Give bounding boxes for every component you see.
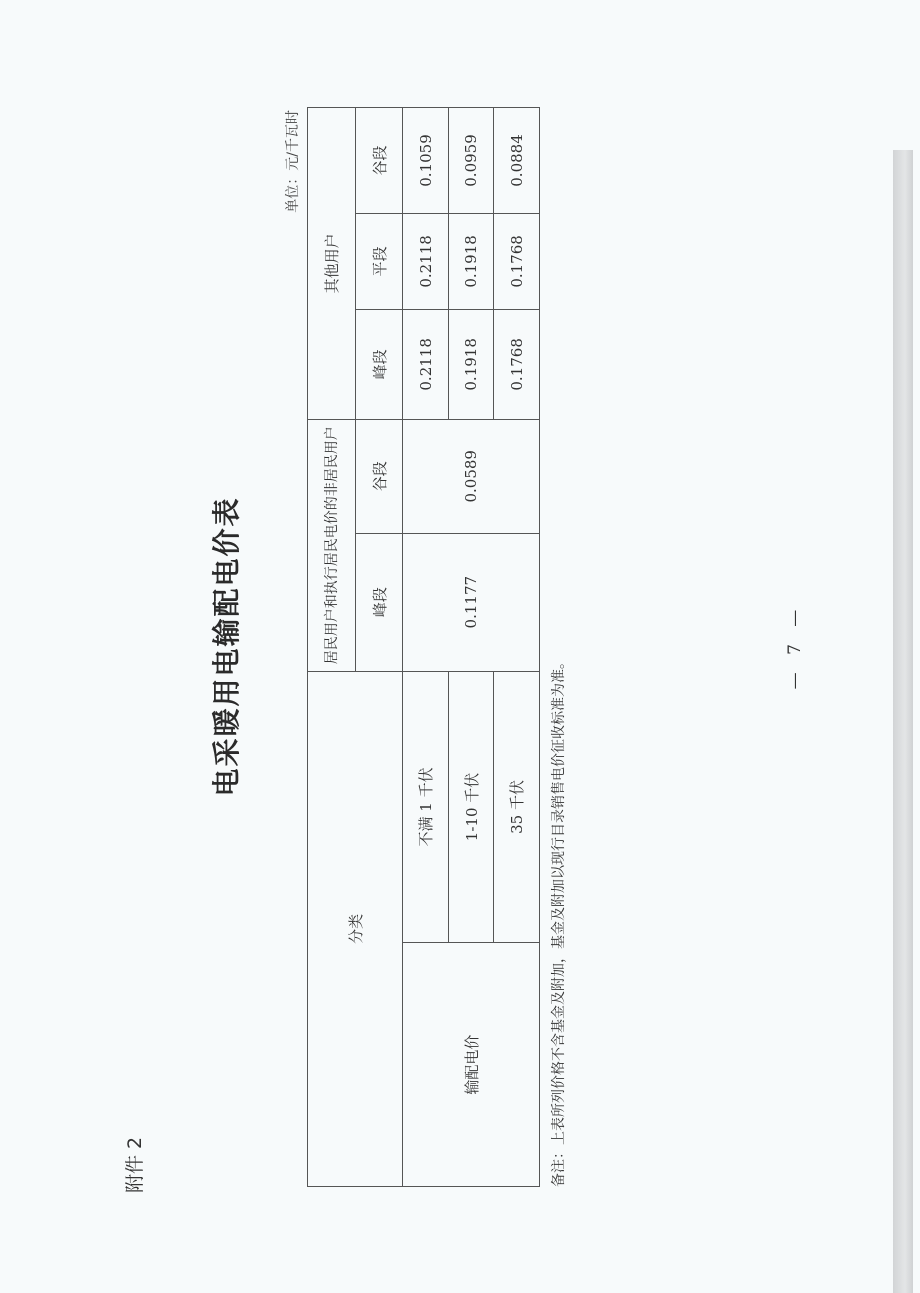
header-other-peak: 峰段 bbox=[356, 309, 403, 419]
table-note: 备注：上表所列价格不含基金及附加，基金及附加以现行目录销售电价征收标准为准。 bbox=[548, 655, 568, 1187]
attachment-label: 附件 2 bbox=[120, 1137, 147, 1193]
voltage-cell: 1-10 千伏 bbox=[449, 671, 494, 943]
page-title: 电采暖用电输配电价表 bbox=[205, 0, 245, 1293]
other-flat-value: 0.2118 bbox=[403, 213, 449, 309]
unit-label: 单位：元/千瓦时 bbox=[282, 110, 302, 213]
row-group-label: 输配电价 bbox=[403, 943, 540, 1187]
residential-valley-value: 0.0589 bbox=[403, 419, 540, 533]
other-flat-value: 0.1918 bbox=[449, 213, 494, 309]
document-page: 附件 2 电采暖用电输配电价表 单位：元/千瓦时 分类 居民用户和执行居民电价的… bbox=[0, 0, 920, 1293]
voltage-cell: 35 千伏 bbox=[494, 671, 540, 943]
other-peak-value: 0.1768 bbox=[494, 309, 540, 419]
header-residential-peak: 峰段 bbox=[356, 533, 403, 671]
header-other-valley: 谷段 bbox=[356, 108, 403, 214]
header-residential-valley: 谷段 bbox=[356, 419, 403, 533]
header-residential-group: 居民用户和执行居民电价的非居民用户 bbox=[308, 419, 356, 671]
table-header-row: 分类 居民用户和执行居民电价的非居民用户 其他用户 bbox=[308, 108, 356, 1187]
header-category: 分类 bbox=[308, 671, 403, 1186]
other-valley-value: 0.0884 bbox=[494, 108, 540, 214]
other-valley-value: 0.0959 bbox=[449, 108, 494, 214]
header-other-group: 其他用户 bbox=[308, 108, 356, 420]
table-row: 输配电价 不满 1 千伏 0.1177 0.0589 0.2118 0.2118… bbox=[403, 108, 449, 1187]
residential-peak-value: 0.1177 bbox=[403, 533, 540, 671]
other-valley-value: 0.1059 bbox=[403, 108, 449, 214]
header-other-flat: 平段 bbox=[356, 213, 403, 309]
other-flat-value: 0.1768 bbox=[494, 213, 540, 309]
voltage-cell: 不满 1 千伏 bbox=[403, 671, 449, 943]
page-number: — 7 — bbox=[785, 0, 805, 1293]
other-peak-value: 0.1918 bbox=[449, 309, 494, 419]
other-peak-value: 0.2118 bbox=[403, 309, 449, 419]
price-table: 分类 居民用户和执行居民电价的非居民用户 其他用户 峰段 谷段 峰段 平段 谷段… bbox=[307, 107, 540, 1187]
